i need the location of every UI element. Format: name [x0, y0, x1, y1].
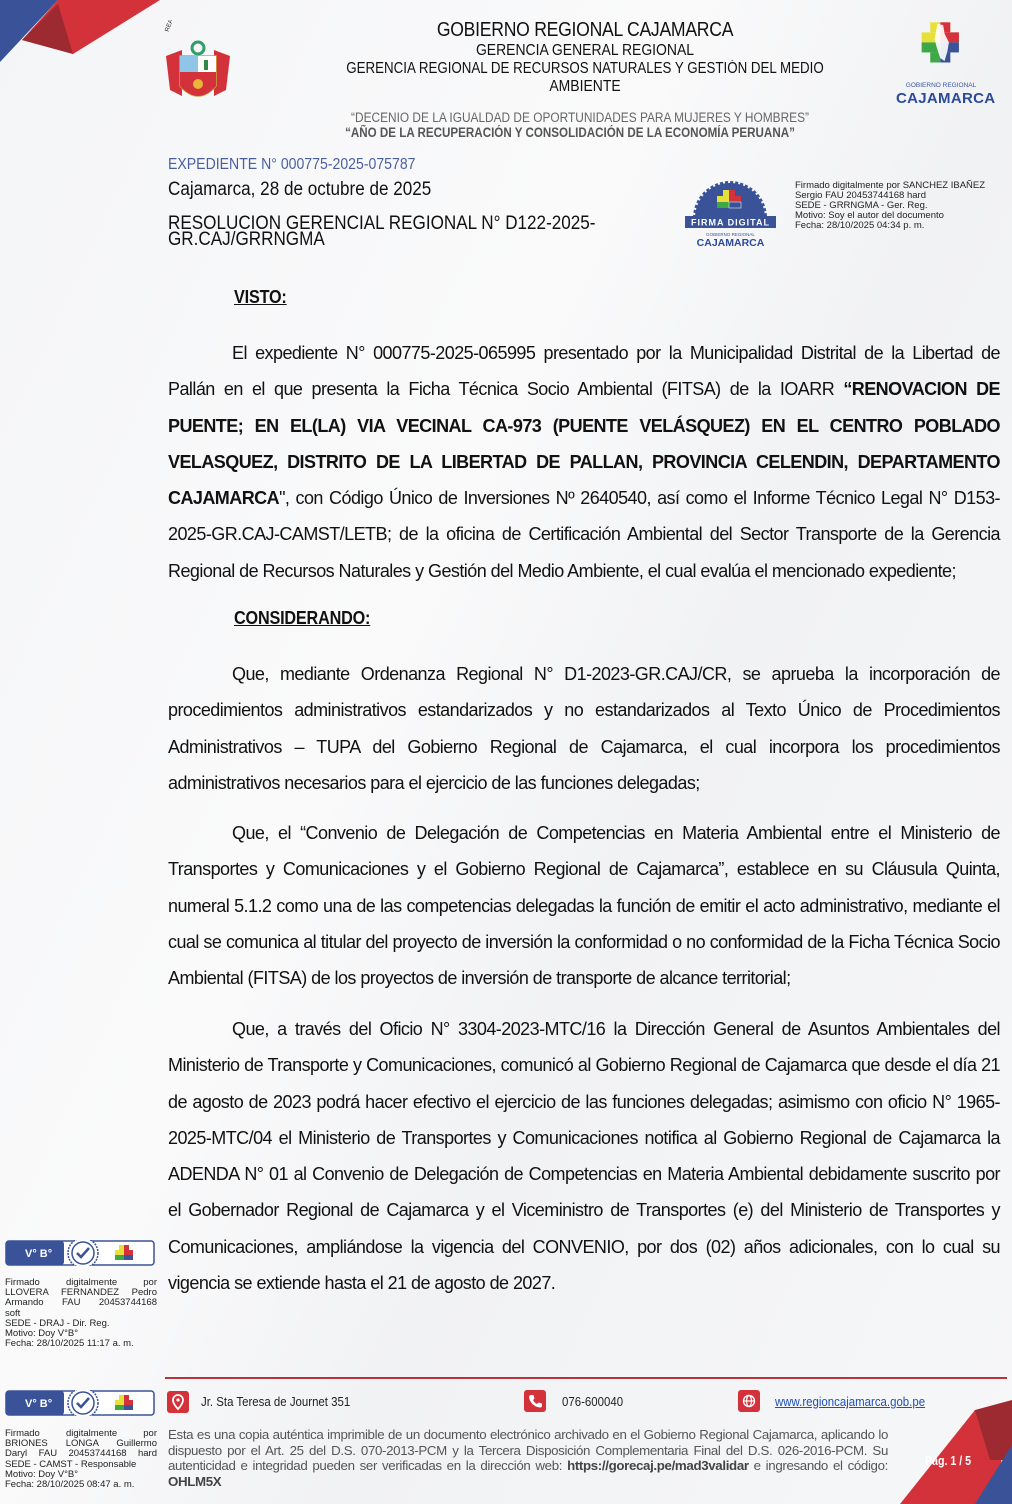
resolution-title-line2: GR.CAJ/GRRNGMA [168, 232, 645, 248]
legal-text: e ingresando el código: [749, 1458, 888, 1473]
paragraph-text: Que, a través del Oficio N° 3304-2023-MT… [168, 1019, 1000, 1293]
validation-url: https://gorecaj.pe/mad3validar [567, 1458, 749, 1473]
vb-line: Fecha: 28/10/2025 08:47 a. m. [5, 1480, 157, 1490]
vb-line: Fecha: 28/10/2025 11:17 a. m. [5, 1339, 157, 1349]
logo-caption-small: GOBIERNO REGIONAL [900, 82, 982, 89]
validation-code: OHLM5X [168, 1474, 221, 1489]
vb-approval-stamp-icon: V° B° [5, 1240, 155, 1266]
page-number: Pág. 1 / 5 [925, 1454, 971, 1468]
decade-motto: “DECENIO DE LA IGUALDAD DE OPORTUNIDADES… [290, 110, 871, 126]
considerando-heading: CONSIDERANDO: [234, 608, 370, 629]
footer-address: Jr. Sta Teresa de Journet 351 [201, 1394, 350, 1409]
footer-website-link[interactable]: www.regioncajamarca.gob.pe [775, 1394, 925, 1409]
office-regional-line2: AMBIENTE [320, 78, 851, 96]
svg-text:FIRMA DIGITAL: FIRMA DIGITAL [691, 218, 770, 228]
vb-signature-details-1: Firmado digitalmente por LLOVERA FERNAND… [5, 1278, 157, 1349]
paragraph-text: Que, mediante Ordenanza Regional N° D1-2… [168, 664, 1000, 793]
logo-caption-big: CAJAMARCA [896, 90, 986, 107]
institution-name: GOBIERNO REGIONAL CAJAMARCA [325, 18, 844, 42]
digital-signature-details: Firmado digitalmente por SANCHEZ IBAÑEZ … [795, 181, 985, 231]
peru-coat-of-arms-icon: REPÚBLICA DEL PERÚ [162, 20, 234, 108]
svg-text:V° B°: V° B° [25, 1248, 52, 1260]
gobierno-regional-logo-icon [900, 18, 982, 84]
vb-line: Armando FAU 20453744168 [5, 1298, 157, 1308]
office-regional-line1: GERENCIA REGIONAL DE RECURSOS NATURALES … [331, 60, 838, 78]
footer-divider [165, 1377, 1007, 1379]
svg-text:CAJAMARCA: CAJAMARCA [697, 237, 765, 249]
visto-text-part2: ", con Código Único de Inversiones Nº 26… [168, 488, 1000, 581]
year-motto: “AÑO DE LA RECUPERACIÓN Y CONSOLIDACIÓN … [286, 125, 854, 141]
header-titles: GOBIERNO REGIONAL CAJAMARCA GERENCIA GEN… [290, 18, 880, 96]
svg-text:REPÚBLICA DEL PERÚ: REPÚBLICA DEL PERÚ [165, 20, 223, 33]
vb-signature-details-2: Firmado digitalmente por BRIONES LONGA G… [5, 1429, 157, 1490]
svg-text:V° B°: V° B° [25, 1398, 52, 1410]
footer-phone: 076-600040 [562, 1394, 623, 1409]
considerando-paragraph-1: Que, mediante Ordenanza Regional N° D1-2… [168, 656, 1000, 801]
phone-icon [524, 1390, 546, 1412]
location-pin-icon [167, 1391, 189, 1413]
visto-paragraph: El expediente N° 000775-2025-065995 pres… [168, 335, 1000, 589]
signature-line: Fecha: 28/10/2025 04:34 p. m. [795, 221, 985, 231]
visto-heading: VISTO: [234, 287, 287, 308]
expediente-number: EXPEDIENTE N° 000775-2025-075787 [168, 156, 415, 174]
considerando-paragraph-2: Que, el “Convenio de Delegación de Compe… [168, 815, 1000, 996]
resolution-title: RESOLUCION GERENCIAL REGIONAL N° D122-20… [168, 216, 645, 248]
legal-notice: Esta es una copia auténtica imprimible d… [168, 1427, 888, 1489]
place-date: Cajamarca, 28 de octubre de 2025 [168, 179, 431, 201]
firma-digital-seal-icon: FIRMA DIGITAL GOBIERNO REGIONAL CAJAMARC… [683, 178, 778, 250]
paragraph-text: Que, el “Convenio de Delegación de Compe… [168, 823, 1000, 988]
considerando-paragraph-3: Que, a través del Oficio N° 3304-2023-MT… [168, 1011, 1000, 1301]
office-general: GERENCIA GENERAL REGIONAL [320, 42, 851, 60]
globe-icon [738, 1390, 760, 1412]
vb-approval-stamp-icon: V° B° [5, 1390, 155, 1416]
